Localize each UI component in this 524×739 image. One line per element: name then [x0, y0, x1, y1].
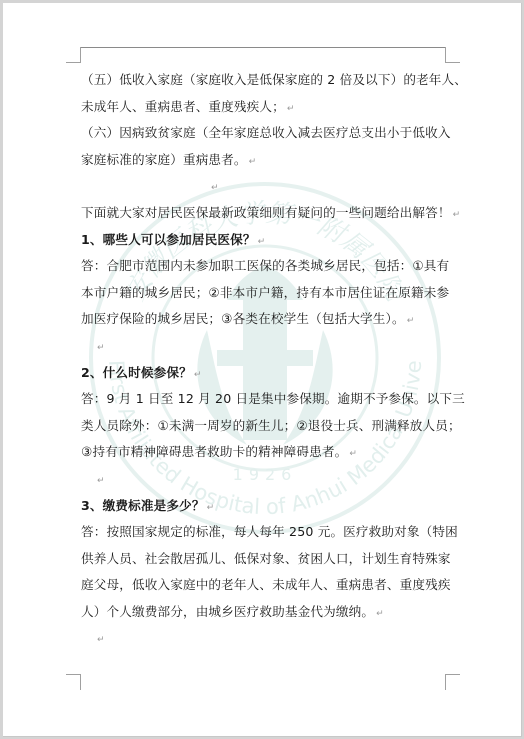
margin-corner-mark-top-right: [445, 47, 460, 63]
line-text: 2、什么时候参保？: [81, 365, 192, 380]
line-text: 答：9 月 1 日至 12 月 20 日是集中参保期。逾期不予参保。以下三: [81, 391, 465, 406]
empty-paragraph: ↵: [81, 333, 453, 360]
line-text: ③持有市精神障碍患者救助卡的精神障碍患者。: [81, 444, 347, 459]
paragraph-line: 家庭标准的家庭）重病患者。↵: [81, 147, 453, 174]
line-text: 本市户籍的城乡居民；②非本市户籍，持有本市居住证在原籍未参: [81, 285, 449, 300]
empty-paragraph: ↵: [81, 466, 453, 493]
paragraph-mark-icon: ↵: [376, 609, 384, 619]
paragraph-mark-icon: ↵: [97, 343, 105, 353]
paragraph-mark-icon: ↵: [211, 183, 219, 193]
line-text: （五）低收入家庭（家庭收入是低保家庭的 2 倍及以下）的老年人、: [81, 72, 467, 87]
paragraph-mark-icon: ↵: [249, 157, 257, 167]
margin-corner-mark-top-left: [66, 47, 81, 63]
empty-paragraph: ↵: [81, 173, 453, 200]
paragraph-mark-icon: ↵: [194, 370, 202, 380]
paragraph-mark-icon: ↵: [97, 476, 105, 486]
paragraph-line: 庭父母，低收入家庭中的老年人、未成年人、重病患者、重度残疾: [81, 572, 453, 599]
margin-corner-mark-bottom-left: [66, 674, 81, 690]
line-text: 庭父母，低收入家庭中的老年人、未成年人、重病患者、重度残疾: [81, 577, 451, 592]
paragraph-mark-icon: ↵: [407, 316, 415, 326]
paragraph-mark-icon: ↵: [349, 449, 357, 459]
paragraph-line: ③持有市精神障碍患者救助卡的精神障碍患者。↵: [81, 439, 453, 466]
paragraph-mark-icon: ↵: [258, 237, 266, 247]
paragraph-mark-icon: ↵: [207, 503, 215, 513]
paragraph-line: 下面就大家对居民医保最新政策细则有疑问的一些问题给出解答！↵: [81, 200, 453, 227]
line-text: 答：按照国家规定的标准，每人每年 250 元。医疗救助对象（特困: [81, 524, 458, 539]
paragraph-line: 答：合肥市范围内未参加职工医保的各类城乡居民，包括：①具有: [81, 253, 453, 280]
question-heading: 3、缴费标准是多少？↵: [81, 493, 453, 520]
header-boundary-line: [80, 47, 445, 48]
paragraph-line: 供养人员、社会散居孤儿、低保对象、贫困人口，计划生育特殊家: [81, 546, 453, 573]
paragraph-line: （六）因病致贫家庭（全年家庭总收入减去医疗总支出小于低收入: [81, 120, 453, 147]
question-heading: 2、什么时候参保？↵: [81, 360, 453, 387]
paragraph-line: 答：按照国家规定的标准，每人每年 250 元。医疗救助对象（特困: [81, 519, 453, 546]
document-page: 安徽医科大学第一附属医院 The First Affiliated Hospit…: [3, 3, 522, 737]
paragraph-line: 未成年人、重病患者、重度残疾人；↵: [81, 94, 453, 121]
line-text: 未成年人、重病患者、重度残疾人；: [81, 99, 285, 114]
paragraph-line: 答：9 月 1 日至 12 月 20 日是集中参保期。逾期不予参保。以下三: [81, 386, 453, 413]
document-body[interactable]: （五）低收入家庭（家庭收入是低保家庭的 2 倍及以下）的老年人、未成年人、重病患…: [81, 67, 453, 652]
line-text: 人）个人缴费部分，由城乡医疗救助基金代为缴纳。: [81, 604, 374, 619]
margin-corner-mark-bottom-right: [445, 674, 460, 690]
line-text: 3、缴费标准是多少？: [81, 498, 205, 513]
line-text: 供养人员、社会散居孤儿、低保对象、贫困人口，计划生育特殊家: [81, 551, 451, 566]
paragraph-line: 类人员除外：①未满一周岁的新生儿；②退役士兵、刑满释放人员；: [81, 413, 453, 440]
paragraph-mark-icon: ↵: [453, 210, 461, 220]
line-text: 下面就大家对居民医保最新政策细则有疑问的一些问题给出解答！: [81, 205, 451, 220]
line-text: （六）因病致贫家庭（全年家庭总收入减去医疗总支出小于低收入: [81, 125, 451, 140]
line-text: 加医疗保险的城乡居民；③各类在校学生（包括大学生）。: [81, 311, 405, 326]
paragraph-line: 加医疗保险的城乡居民；③各类在校学生（包括大学生）。↵: [81, 306, 453, 333]
paragraph-mark-icon: ↵: [287, 104, 295, 114]
line-text: 家庭标准的家庭）重病患者。: [81, 152, 247, 167]
empty-paragraph: ↵: [81, 625, 453, 652]
paragraph-line: 本市户籍的城乡居民；②非本市户籍，持有本市居住证在原籍未参: [81, 280, 453, 307]
paragraph-line: 人）个人缴费部分，由城乡医疗救助基金代为缴纳。↵: [81, 599, 453, 626]
paragraph-mark-icon: ↵: [97, 635, 105, 645]
line-text: 类人员除外：①未满一周岁的新生儿；②退役士兵、刑满释放人员；: [81, 418, 461, 433]
line-text: 1、哪些人可以参加居民医保？: [81, 232, 256, 247]
paragraph-line: （五）低收入家庭（家庭收入是低保家庭的 2 倍及以下）的老年人、: [81, 67, 453, 94]
question-heading: 1、哪些人可以参加居民医保？↵: [81, 227, 453, 254]
line-text: 答：合肥市范围内未参加职工医保的各类城乡居民，包括：①具有: [81, 258, 449, 273]
